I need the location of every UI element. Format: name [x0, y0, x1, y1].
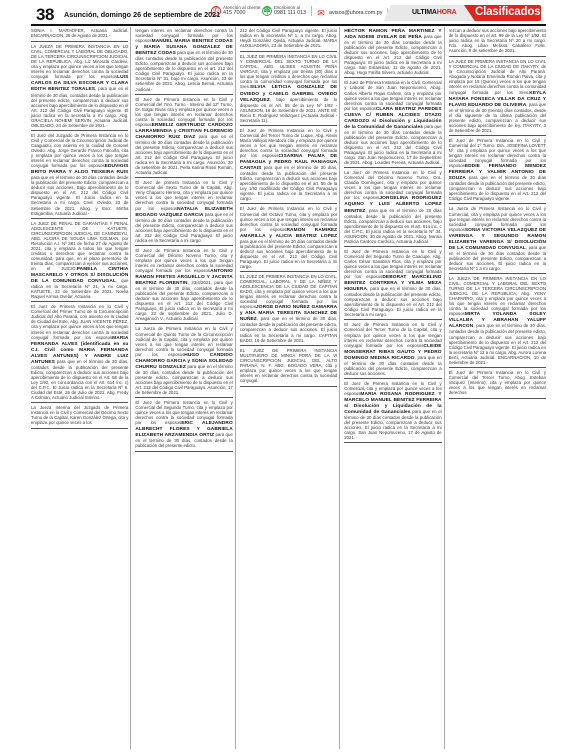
notice-text: SONIA I. MARHOFER, Actuaria Judicial. EN… [31, 28, 128, 38]
date-line: Asunción, domingo 26 de septiembre de 20… [64, 10, 220, 19]
notice-text: para que en el término de 30 días contad… [344, 34, 441, 75]
legal-notice: El Juez de Primera Instancia en lo Civil… [344, 248, 441, 321]
notice-text: El Juez de Primera Instancia en lo Civil… [31, 304, 128, 339]
legal-notice: SONIA I. MARHOFER, Actuaria Judicial. EN… [31, 27, 128, 42]
whatsapp-contact[interactable]: ☎ Escribinos al0981 111 013 [262, 5, 312, 16]
legal-notice: 212 del Código Civil Paraguayo vigente. … [240, 27, 337, 52]
mail-icon: ✉ [315, 8, 327, 18]
legal-notice: El Juez de primera Instancia en lo Civil… [135, 179, 232, 246]
notice-text: LA JUEZ DE PENAL DE GARANTÍAS Y PENAL AD… [31, 221, 128, 271]
legal-notice: El Juez de Primera Instancia en lo Civil… [135, 399, 232, 451]
notice-text: EL JUEZ DE PRIMERA INSTANCIA MULTIFUERO … [240, 348, 337, 383]
legal-notice: El Juez de Primera Instancia en lo Civil… [449, 369, 546, 399]
legal-notice: El Juez de Primera Instancia en lo Civil… [344, 79, 441, 168]
legal-notice: El Juez de Primera Instancia en lo Civil… [344, 380, 441, 444]
notice-text: , para que en el término de 30 días, con… [31, 86, 128, 127]
legal-notice: El Juez de Primera Instancia en lo Civil… [344, 321, 441, 378]
column-5: rezcan a deducir sus acciones bajo aperc… [449, 27, 548, 749]
notice-text: para que en el término de 30 días contad… [31, 175, 128, 215]
legal-notice: LA JUEZA DE PRIMERA INSTANCIA EN LO CIVI… [449, 275, 546, 368]
ultimahora-logo: ULTIMAHORA [412, 9, 457, 16]
legal-notice: EL JUEZ DE PRIMERA INSTANCIA EN LO CIVIL… [240, 273, 337, 346]
legal-notice: El Juez de Primera Instancia en lo Civil… [449, 137, 546, 205]
legal-notice: El Juez de Primera Instancia en lo Civil… [135, 96, 232, 179]
notice-text: La Jueza Interina del Juzgado de Primera… [31, 405, 128, 425]
notice-text: para que en el término de 30 días contad… [344, 124, 441, 165]
legal-notice: LA JUEZ DE PENAL DE GARANTÍAS Y PENAL AD… [31, 220, 128, 303]
legal-notice: La Juez de Primera Instancia en lo Civil… [344, 169, 441, 247]
legal-notice: El Juez de Primera Instancia en lo Civil… [240, 127, 337, 205]
legal-notice: rezcan a deducir sus acciones bajo aperc… [449, 27, 546, 57]
legal-notice: El Juez de Primera Instancia en lo Civil… [240, 205, 337, 272]
legal-notice: El Juez de Primera Instancia en lo Civil… [31, 303, 128, 403]
legal-notice: EL JUEZ DE PRIMERA INSTANCIA MULTIFUERO … [240, 347, 337, 387]
classifieds-columns: SONIA I. MARHOFER, Actuaria Judicial. EN… [31, 27, 548, 749]
column-3: 212 del Código Civil Paraguayo vigente. … [240, 27, 340, 749]
legal-notice: EL JUEZ DE PRIMERA INSTANCIA EN LO CIVIL… [240, 53, 337, 126]
header-rule [31, 24, 546, 26]
notice-text: LA JUEZ DE PRIMERA INSTANCIA EN LO CIVIL… [449, 59, 546, 94]
notice-text: El Juez del Juzgado de Primera Instancia… [31, 133, 128, 168]
column-2: tengan interés en reclamar derechos cont… [135, 27, 235, 749]
notice-text: para que en el término de 30 días, conta… [240, 165, 337, 201]
notice-text: EL JUEZ DE PRIMERA INSTANCIA EN LO CIVIL… [240, 274, 337, 309]
email-contact[interactable]: ✉ avisos@uhora.com.py [315, 8, 388, 18]
legal-notice: La Jueza de Primera Instancia en lo Civi… [449, 205, 546, 274]
whatsapp-icon: ☎ [262, 6, 272, 16]
legal-notice: tengan interés en reclamar derechos cont… [135, 27, 232, 95]
notice-text: rezcan a deducir sus acciones bajo aperc… [449, 28, 546, 53]
page-header: 38 Asunción, domingo 26 de septiembre de… [0, 0, 580, 24]
notice-text: para que en el término de 30 días contad… [135, 134, 232, 175]
customer-service-contact[interactable]: ✆ Atención al cliente:415 7000 [211, 5, 268, 16]
notice-text: , para que en el término de 30 días cont… [344, 208, 441, 244]
legal-notice: HECTOR RAMON PEÑA MARTINEZ Y AIDA NOEMI … [344, 27, 441, 78]
notice-text: LA JUEZA DE PRIMERA INSTANCIA EN LO CIVI… [31, 44, 128, 79]
legal-notice: LA JUEZ DE PRIMERA INSTANCIA EN LO CIVIL… [449, 58, 546, 136]
column-1: SONIA I. MARHOFER, Actuaria Judicial. EN… [31, 27, 131, 749]
legal-notice: LA JUEZA DE PRIMERA INSTANCIA EN LO CIVI… [31, 43, 128, 131]
legal-notice: La Jueza Interina del Juzgado de Primera… [31, 404, 128, 429]
notice-text: 212 del Código Civil Paraguayo vigente. … [240, 28, 337, 48]
legal-notice: El Juez de Primera Instancia en lo Civil… [135, 247, 232, 325]
legal-notice: El Juez del Juzgado de Primera Instancia… [31, 132, 128, 219]
brand-band: ULTIMAHORA Clasificados [384, 5, 580, 21]
notice-text: para que en el término de 30 días contad… [240, 239, 337, 269]
notice-text: para que en el término de 30 días, conta… [31, 359, 128, 400]
legal-notice: La Jueza de Primera Instancia en lo Civi… [135, 325, 232, 398]
divider [311, 6, 312, 16]
phone-icon: ✆ [211, 6, 221, 16]
section-title: Clasificados [475, 6, 540, 18]
notice-text: El Juez de Primera Instancia en lo Civil… [449, 370, 546, 395]
column-4: HECTOR RAMON PEÑA MARTINEZ Y AIDA NOEMI … [344, 27, 444, 749]
notice-text: para que en el término de 30 días contad… [135, 50, 232, 91]
notice-text: , para que en el término de 30 días, con… [449, 323, 546, 364]
page-number: 38 [36, 5, 54, 25]
notice-text: LA JUEZA DE PRIMERA INSTANCIA EN LO CIVI… [449, 276, 546, 316]
notice-text: , 23/4/2021, para que en el término de 3… [135, 280, 232, 321]
